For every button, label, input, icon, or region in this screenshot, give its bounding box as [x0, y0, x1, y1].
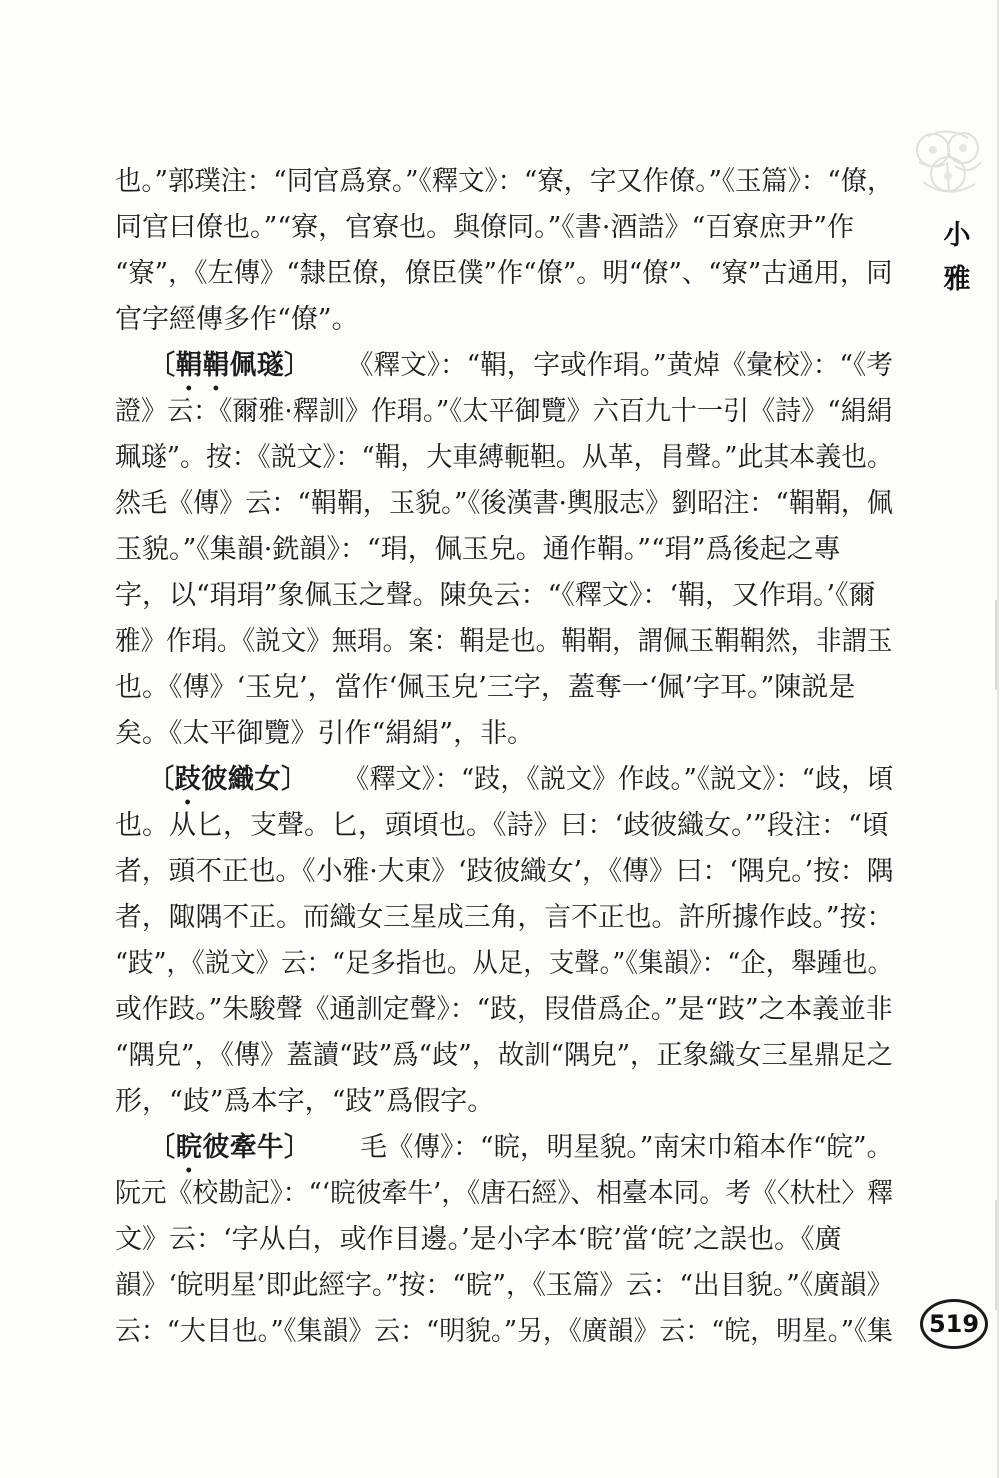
emphasized-chars: 睆: [176, 1132, 203, 1163]
emphasized-chars: 跂: [175, 764, 202, 795]
entry-heading-line: 〔跂彼織女〕《釋文》：“跂，《説文》作歧。”《説文》：“歧，頃: [115, 757, 869, 803]
heading-close-bracket: 〕: [281, 764, 308, 795]
text-line: 證》云：《爾雅·釋訓》作琄。”《太平御覽》六百九十一引《詩》“絹絹: [115, 389, 866, 435]
text-line: 然毛《傳》云：“鞙鞙，玉貌。”《後漢書·輿服志》劉昭注：“鞙鞙，佩: [115, 481, 866, 527]
scan-speck: [995, 1200, 997, 1310]
heading-line-text: 《釋文》：“跂，《説文》作歧。”《説文》：“歧，頃: [356, 764, 893, 795]
margin-label-char: 小: [941, 214, 973, 258]
paragraph-last-line: 矣。《太平御覽》引作“絹絹”，非。: [115, 711, 893, 757]
emphasized-chars: 鞙鞙: [176, 350, 230, 381]
chapter-margin-label: 小 雅: [941, 214, 973, 302]
text-line: “隅皃”，《傳》蓋讀“跂”爲“歧”，故訓“隅皃”，正象織女三星鼎足之: [115, 1033, 873, 1079]
heading-open-bracket: 〔: [148, 764, 175, 795]
text-line: 同官曰僚也。”“寮，官寮也。與僚同。”《書·酒誥》“百寮庶尹”作: [115, 205, 893, 251]
paragraph-last-line: 形，“歧”爲本字，“跂”爲假字。: [115, 1079, 893, 1125]
heading-open-bracket: 〔: [148, 1132, 175, 1163]
page-number: 519: [929, 1310, 979, 1338]
text-line: 韻》‘皖明星’即此經字。”按：“睆”，《玉篇》云：“出目貌。”《廣韻》: [115, 1263, 883, 1309]
decorative-stamp: [903, 122, 993, 214]
heading-rest: 彼織女: [201, 764, 281, 795]
entry-heading: 〔跂彼織女〕: [148, 764, 308, 795]
entry-heading-line: 〔睆彼牽牛〕毛《傳》：“睆，明星貌。”南宋巾箱本作“皖”。: [115, 1125, 881, 1171]
heading-rest: 佩璲: [230, 350, 284, 381]
entry-heading: 〔鞙鞙佩璲〕: [148, 350, 310, 381]
heading-line-text: 《釋文》：“鞙，字或作琄。”黄焯《彙校》：“《考: [360, 350, 893, 381]
text-line: 文》云：‘字从白，或作目邊。’是小字本‘睆’當‘皖’之誤也。《廣: [115, 1217, 893, 1263]
heading-rest: 彼牽牛: [203, 1132, 284, 1163]
text-line: 云：“大目也。”《集韻》云：“明貌。”另，《廣韻》云：“皖，明星。”《集: [115, 1309, 860, 1355]
entry-heading-line: 〔鞙鞙佩璲〕《釋文》：“鞙，字或作琄。”黄焯《彙校》：“《考: [115, 343, 881, 389]
text-line: 雅》作琄。《説文》無琄。案：鞙是也。鞙鞙，謂佩玉鞙鞙然，非謂玉: [115, 619, 850, 665]
scan-speck: [995, 600, 997, 690]
entry-heading: 〔睆彼牽牛〕: [148, 1132, 310, 1163]
text-line: “寮”，《左傳》“隸臣僚，僚臣僕”作“僚”。明“僚”、“寮”古通用，同: [115, 251, 872, 297]
text-line: 珮璲”。按：《説文》：“鞙，大車縛軛靼。从革，肙聲。”此其本義也。: [115, 435, 861, 481]
text-line: 阮元《校勘記》：“‘睆彼牽牛’，《唐石經》、相臺本同。考《〈杕杜〉釋: [115, 1171, 859, 1217]
heading-line-text: 毛《傳》：“睆，明星貌。”南宋巾箱本作“皖”。: [360, 1132, 893, 1163]
text-line: 也。”郭璞注：“同官爲寮。”《釋文》：“寮，字又作僚。”《玉篇》：“僚，: [115, 159, 874, 205]
margin-label-char: 雅: [941, 258, 973, 302]
text-line: 也。从匕，支聲。匕，頭頃也。《詩》曰：‘歧彼織女。’”段注：“頃: [115, 803, 893, 849]
text-line: 者，陬隅不正。而織女三星成三角，言不正也。許所據作歧。”按：: [115, 895, 888, 941]
heading-close-bracket: 〕: [284, 350, 311, 381]
text-line: 或作跂。”朱駿聲《通訓定聲》：“跂，叚借爲企。”是“跂”之本義並非: [115, 987, 886, 1033]
paragraph-last-line: 官字經傳多作“僚”。: [115, 297, 893, 343]
page-number-badge: 519: [920, 1299, 988, 1349]
text-line: 字，以“琄琄”象佩玉之聲。陳奂云：“《釋文》：‘鞙，又作琄。’《爾: [115, 573, 893, 619]
text-line: 者，頭不正也。《小雅·大東》‘跂彼織女’，《傳》曰：‘隅皃。’按：隅: [115, 849, 886, 895]
heading-open-bracket: 〔: [148, 350, 175, 381]
scan-edge-line: [997, 0, 999, 1478]
book-page: 小 雅 也。”郭璞注：“同官爲寮。”《釋文》：“寮，字又作僚。”《玉篇》：“僚，…: [0, 0, 1000, 1478]
text-line: 玉貌。”《集韻·銑韻》：“琄，佩玉皃。通作鞙。”“琄”爲後起之專: [115, 527, 893, 573]
text-block: 也。”郭璞注：“同官爲寮。”《釋文》：“寮，字又作僚。”《玉篇》：“僚， 同官曰…: [115, 159, 893, 1355]
text-line: “跂”，《説文》云：“足多指也。从足，支聲。”《集韻》：“企，舉踵也。: [115, 941, 849, 987]
heading-close-bracket: 〕: [284, 1132, 311, 1163]
stamp-flower-icon: [903, 122, 993, 214]
text-line: 也。《傳》‘玉皃’，當作‘佩玉皃’三字，蓋奪一‘佩’字耳。”陳説是: [115, 665, 893, 711]
